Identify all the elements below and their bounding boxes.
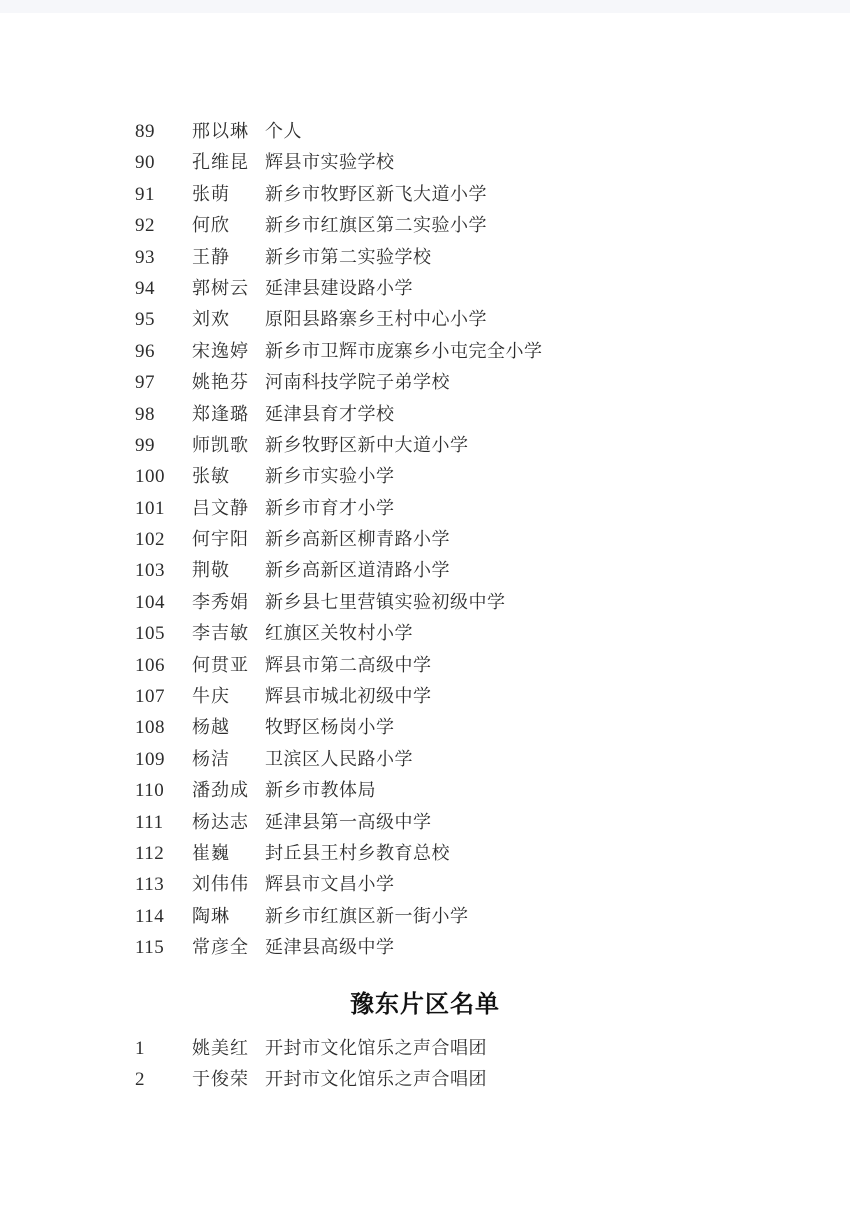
person-name: 吕文静	[192, 493, 249, 524]
row-number: 98	[135, 399, 155, 430]
row-number: 91	[135, 179, 155, 210]
row-number: 114	[135, 901, 164, 932]
roster-row: 102 何宇阳 新乡高新区柳青路小学	[0, 524, 850, 555]
organization-name: 新乡高新区道清路小学	[265, 555, 450, 586]
roster-row: 111 杨达志 延津县第一高级中学	[0, 807, 850, 838]
person-name: 郑逢璐	[192, 399, 249, 430]
organization-name: 新乡市红旗区新一街小学	[265, 901, 469, 932]
organization-name: 辉县市实验学校	[265, 147, 395, 178]
row-number: 112	[135, 838, 164, 869]
row-number: 107	[135, 681, 165, 712]
row-number: 93	[135, 242, 155, 273]
row-number: 103	[135, 555, 165, 586]
row-number: 95	[135, 304, 155, 335]
person-name: 张萌	[192, 179, 230, 210]
organization-name: 红旗区关牧村小学	[265, 618, 413, 649]
organization-name: 新乡市红旗区第二实验小学	[265, 210, 487, 241]
person-name: 陶琳	[192, 901, 230, 932]
person-name: 邢以琳	[192, 116, 249, 147]
organization-name: 新乡牧野区新中大道小学	[265, 430, 469, 461]
roster-row: 95 刘欢 原阳县路寨乡王村中心小学	[0, 304, 850, 335]
roster-row: 114 陶琳 新乡市红旗区新一街小学	[0, 901, 850, 932]
person-name: 张敏	[192, 461, 230, 492]
person-name: 师凯歌	[192, 430, 249, 461]
roster-row: 99 师凯歌 新乡牧野区新中大道小学	[0, 430, 850, 461]
roster-row: 89 邢以琳 个人	[0, 116, 850, 147]
roster-row: 110 潘劲成 新乡市教体局	[0, 775, 850, 806]
person-name: 姚艳芬	[192, 367, 249, 398]
roster-row: 97 姚艳芬 河南科技学院子弟学校	[0, 367, 850, 398]
roster-row: 108 杨越 牧野区杨岗小学	[0, 712, 850, 743]
organization-name: 新乡市第二实验学校	[265, 242, 432, 273]
row-number: 101	[135, 493, 165, 524]
row-number: 110	[135, 775, 164, 806]
row-number: 104	[135, 587, 165, 618]
row-number: 2	[135, 1064, 145, 1095]
roster-row: 93 王静 新乡市第二实验学校	[0, 242, 850, 273]
roster-row: 100 张敏 新乡市实验小学	[0, 461, 850, 492]
roster-row: 105 李吉敏 红旗区关牧村小学	[0, 618, 850, 649]
row-number: 109	[135, 744, 165, 775]
organization-name: 延津县第一高级中学	[265, 807, 432, 838]
roster-row: 106 何贯亚 辉县市第二高级中学	[0, 650, 850, 681]
roster-row: 113 刘伟伟 辉县市文昌小学	[0, 869, 850, 900]
roster-row: 94 郭树云 延津县建设路小学	[0, 273, 850, 304]
person-name: 姚美红	[192, 1033, 249, 1064]
person-name: 牛庆	[192, 681, 230, 712]
organization-name: 封丘县王村乡教育总校	[265, 838, 450, 869]
row-number: 105	[135, 618, 165, 649]
person-name: 荆敬	[192, 555, 230, 586]
row-number: 94	[135, 273, 155, 304]
roster-row: 91 张萌 新乡市牧野区新飞大道小学	[0, 179, 850, 210]
roster-row: 107 牛庆 辉县市城北初级中学	[0, 681, 850, 712]
document-page: 89 邢以琳 个人 90 孔维昆 辉县市实验学校 91 张萌 新乡市牧野区新飞大…	[0, 0, 850, 1227]
roster-list-yudong-section: 1 姚美红 开封市文化馆乐之声合唱团 2 于俊荣 开封市文化馆乐之声合唱团	[0, 1033, 850, 1096]
organization-name: 卫滨区人民路小学	[265, 744, 413, 775]
organization-name: 开封市文化馆乐之声合唱团	[265, 1064, 487, 1095]
organization-name: 开封市文化馆乐之声合唱团	[265, 1033, 487, 1064]
person-name: 崔巍	[192, 838, 230, 869]
person-name: 李吉敏	[192, 618, 249, 649]
organization-name: 延津县建设路小学	[265, 273, 413, 304]
roster-row: 98 郑逢璐 延津县育才学校	[0, 399, 850, 430]
organization-name: 新乡市实验小学	[265, 461, 395, 492]
roster-row: 112 崔巍 封丘县王村乡教育总校	[0, 838, 850, 869]
row-number: 1	[135, 1033, 145, 1064]
person-name: 潘劲成	[192, 775, 249, 806]
row-number: 115	[135, 932, 164, 963]
person-name: 刘欢	[192, 304, 230, 335]
roster-row: 1 姚美红 开封市文化馆乐之声合唱团	[0, 1033, 850, 1064]
organization-name: 辉县市城北初级中学	[265, 681, 432, 712]
person-name: 李秀娟	[192, 587, 249, 618]
organization-name: 个人	[265, 116, 302, 147]
organization-name: 河南科技学院子弟学校	[265, 367, 450, 398]
row-number: 111	[135, 807, 164, 838]
roster-row: 104 李秀娟 新乡县七里营镇实验初级中学	[0, 587, 850, 618]
person-name: 王静	[192, 242, 230, 273]
person-name: 刘伟伟	[192, 869, 249, 900]
row-number: 96	[135, 336, 155, 367]
person-name: 于俊荣	[192, 1064, 249, 1095]
organization-name: 延津县育才学校	[265, 399, 395, 430]
row-number: 92	[135, 210, 155, 241]
organization-name: 新乡市教体局	[265, 775, 376, 806]
person-name: 何宇阳	[192, 524, 249, 555]
section-heading-yudong: 豫东片区名单	[0, 988, 850, 1022]
organization-name: 延津县高级中学	[265, 932, 395, 963]
organization-name: 新乡市育才小学	[265, 493, 395, 524]
roster-row: 2 于俊荣 开封市文化馆乐之声合唱团	[0, 1064, 850, 1095]
organization-name: 新乡市牧野区新飞大道小学	[265, 179, 487, 210]
page-top-edge	[0, 0, 850, 13]
person-name: 宋逸婷	[192, 336, 249, 367]
organization-name: 牧野区杨岗小学	[265, 712, 395, 743]
person-name: 郭树云	[192, 273, 249, 304]
row-number: 100	[135, 461, 165, 492]
person-name: 孔维昆	[192, 147, 249, 178]
row-number: 102	[135, 524, 165, 555]
roster-row: 96 宋逸婷 新乡市卫辉市庞寨乡小屯完全小学	[0, 336, 850, 367]
roster-row: 109 杨洁 卫滨区人民路小学	[0, 744, 850, 775]
roster-list-first-section: 89 邢以琳 个人 90 孔维昆 辉县市实验学校 91 张萌 新乡市牧野区新飞大…	[0, 116, 850, 964]
roster-row: 92 何欣 新乡市红旗区第二实验小学	[0, 210, 850, 241]
organization-name: 辉县市文昌小学	[265, 869, 395, 900]
row-number: 90	[135, 147, 155, 178]
person-name: 何欣	[192, 210, 230, 241]
organization-name: 新乡高新区柳青路小学	[265, 524, 450, 555]
organization-name: 辉县市第二高级中学	[265, 650, 432, 681]
person-name: 何贯亚	[192, 650, 249, 681]
person-name: 常彦全	[192, 932, 249, 963]
roster-row: 103 荆敬 新乡高新区道清路小学	[0, 555, 850, 586]
row-number: 113	[135, 869, 164, 900]
roster-row: 115 常彦全 延津县高级中学	[0, 932, 850, 963]
organization-name: 新乡市卫辉市庞寨乡小屯完全小学	[265, 336, 543, 367]
organization-name: 新乡县七里营镇实验初级中学	[265, 587, 506, 618]
row-number: 97	[135, 367, 155, 398]
row-number: 106	[135, 650, 165, 681]
person-name: 杨达志	[192, 807, 249, 838]
row-number: 89	[135, 116, 155, 147]
row-number: 99	[135, 430, 155, 461]
person-name: 杨洁	[192, 744, 230, 775]
roster-row: 90 孔维昆 辉县市实验学校	[0, 147, 850, 178]
person-name: 杨越	[192, 712, 230, 743]
organization-name: 原阳县路寨乡王村中心小学	[265, 304, 487, 335]
roster-row: 101 吕文静 新乡市育才小学	[0, 493, 850, 524]
row-number: 108	[135, 712, 165, 743]
